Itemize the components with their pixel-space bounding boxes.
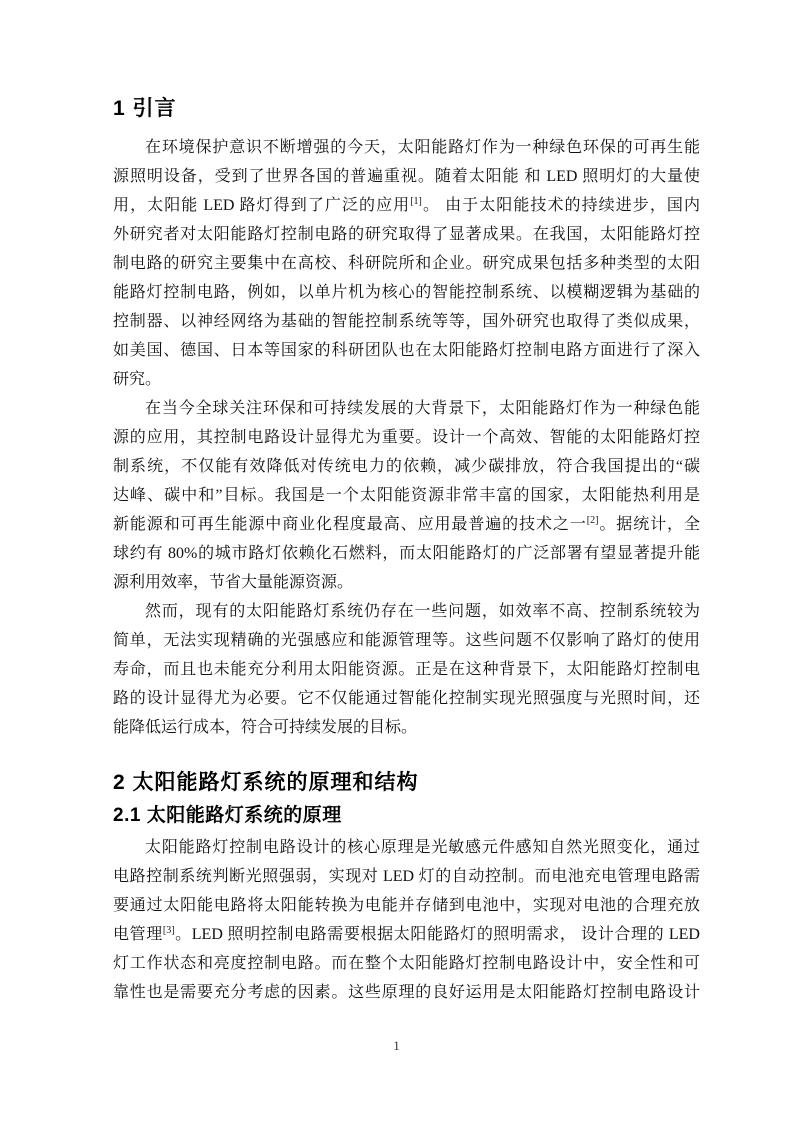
text-line: 太阳能路灯控制电路设计的核心原理是光敏感元件感知自然光照变化，通过 xyxy=(113,833,700,862)
text-line: 达峰、碳中和”目标。我国是一个太阳能资源非常丰富的国家，太阳能热利用是 xyxy=(113,481,700,510)
paragraph: 在当今全球关注环保和可持续发展的大背景下，太阳能路灯作为一种绿色能源的应用，其控… xyxy=(113,394,700,597)
text-line: 能路灯控制电路，例如，以单片机为核心的智能控制系统、以模糊逻辑为基础的 xyxy=(113,278,700,307)
section-heading-level-1: 1 引言 xyxy=(113,92,700,125)
text-line: 电路控制系统判断光照强弱，实现对 LED 灯的自动控制。而电池充电管理电路需 xyxy=(113,862,700,891)
section-heading-level-2: 2.1 太阳能路灯系统的原理 xyxy=(113,799,700,832)
text-line: 控制器、以神经网络为基础的智能控制系统等等，国外研究也取得了类似成果， xyxy=(113,307,700,336)
text-line: 电管理[3]。LED 照明控制电路需要根据太阳能路灯的照明需求， 设计合理的 L… xyxy=(113,920,700,949)
text-line: 用，太阳能 LED 路灯得到了广泛的应用[1]。 由于太阳能技术的持续进步，国内 xyxy=(113,191,700,220)
text-line: 在环境保护意识不断增强的今天，太阳能路灯作为一种绿色环保的可再生能 xyxy=(113,133,700,162)
text-line: 制电路的研究主要集中在高校、科研院所和企业。研究成果包括多种类型的太阳 xyxy=(113,249,700,278)
citation-ref: [3] xyxy=(163,925,175,936)
text-line: 新能源和可再生能源中商业化程度最高、应用最普遍的技术之一[2]。据统计，全 xyxy=(113,510,700,539)
text-line: 研究。 xyxy=(113,365,700,394)
text-line: 源利用效率，节省大量能源资源。 xyxy=(113,568,700,597)
text-line: 球约有 80%的城市路灯依赖化石燃料，而太阳能路灯的广泛部署有望显著提升能 xyxy=(113,539,700,568)
section-heading-level-1: 2 太阳能路灯系统的原理和结构 xyxy=(113,766,700,799)
text-line: 路的设计显得尤为必要。它不仅能通过智能化控制实现光照强度与光照时间，还 xyxy=(113,684,700,713)
document-content: 1 引言在环境保护意识不断增强的今天，太阳能路灯作为一种绿色环保的可再生能源照明… xyxy=(113,92,700,1007)
page-number: 1 xyxy=(0,1038,793,1054)
citation-ref: [2] xyxy=(587,515,599,526)
text-line: 靠性也是需要充分考虑的因素。这些原理的良好运用是太阳能路灯控制电路设计 xyxy=(113,978,700,1007)
text-line: 源照明设备，受到了世界各国的普遍重视。随着太阳能 和 LED 照明灯的大量使 xyxy=(113,162,700,191)
text-line: 源的应用，其控制电路设计显得尤为重要。设计一个高效、智能的太阳能路灯控 xyxy=(113,423,700,452)
document-page: 1 引言在环境保护意识不断增强的今天，太阳能路灯作为一种绿色环保的可再生能源照明… xyxy=(0,0,793,1122)
text-line: 能降低运行成本，符合可持续发展的目标。 xyxy=(113,713,700,742)
text-line: 然而，现有的太阳能路灯系统仍存在一些问题，如效率不高、控制系统较为 xyxy=(113,597,700,626)
text-line: 制系统，不仅能有效降低对传统电力的依赖，减少碳排放，符合我国提出的“碳 xyxy=(113,452,700,481)
text-line: 灯工作状态和亮度控制电路。而在整个太阳能路灯控制电路设计中，安全性和可 xyxy=(113,949,700,978)
paragraph: 然而，现有的太阳能路灯系统仍存在一些问题，如效率不高、控制系统较为简单，无法实现… xyxy=(113,597,700,742)
paragraph: 太阳能路灯控制电路设计的核心原理是光敏感元件感知自然光照变化，通过电路控制系统判… xyxy=(113,833,700,1007)
text-line: 简单，无法实现精确的光强感应和能源管理等。这些问题不仅影响了路灯的使用 xyxy=(113,626,700,655)
text-line: 寿命，而且也未能充分利用太阳能资源。正是在这种背景下，太阳能路灯控制电 xyxy=(113,655,700,684)
text-line: 要通过太阳能电路将太阳能转换为电能并存储到电池中，实现对电池的合理充放 xyxy=(113,891,700,920)
text-line: 在当今全球关注环保和可持续发展的大背景下，太阳能路灯作为一种绿色能 xyxy=(113,394,700,423)
paragraph: 在环境保护意识不断增强的今天，太阳能路灯作为一种绿色环保的可再生能源照明设备，受… xyxy=(113,133,700,394)
citation-ref: [1] xyxy=(410,196,422,207)
text-line: 外研究者对太阳能路灯控制电路的研究取得了显著成果。在我国，太阳能路灯控 xyxy=(113,220,700,249)
text-line: 如美国、德国、日本等国家的科研团队也在太阳能路灯控制电路方面进行了深入 xyxy=(113,336,700,365)
